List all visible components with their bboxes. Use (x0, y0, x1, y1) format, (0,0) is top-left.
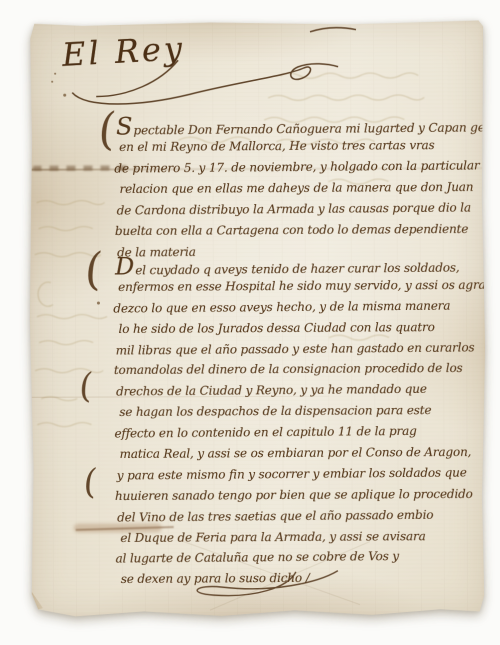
manuscript-line: y para este mismo fin y socorrer y embia… (117, 462, 488, 486)
manuscript-line: de primero 5. y 17. de noviembre, y holg… (114, 155, 500, 179)
manuscript-line: enfermos en esse Hospital he sido muy se… (118, 275, 485, 298)
manuscript-line: en el mi Reyno de Mallorca, He visto tre… (119, 135, 500, 158)
manuscript-line: Del cuydado q aveys tenido de hazer cura… (115, 253, 486, 277)
ink-speck (51, 81, 53, 83)
manuscript-line: tomandolas del dinero de la consignacion… (114, 358, 486, 381)
manuscript-line: effecto en lo contenido en el capitulo 1… (114, 420, 487, 444)
manuscript-line: de Cardona distribuyo la Armada y las ca… (117, 197, 500, 221)
manuscript-line: huuieren sanado tengo por bien que se ap… (115, 484, 487, 507)
pen-dash-mark (310, 28, 356, 32)
heading-el-rey: El Rey (61, 29, 186, 74)
ink-speck (54, 73, 56, 75)
manuscript-page-wrap: El Rey ( ( ( ( Spectable Don Fernando Ca… (28, 19, 486, 618)
manuscript-page: El Rey ( ( ( ( Spectable Don Fernando Ca… (28, 19, 486, 618)
ink-speck (97, 302, 100, 305)
manuscript-line: Spectable Don Fernando Cañoguera mi luga… (116, 113, 500, 137)
photo-backdrop: El Rey ( ( ( ( Spectable Don Fernando Ca… (0, 0, 500, 645)
manuscript-line: dezco lo que en esso aveys hecho, y de l… (113, 295, 486, 319)
paragraph-2: Del cuydado q aveys tenido de hazer cura… (115, 253, 488, 590)
manuscript-line: se hagan los despachos de la dispensacio… (119, 400, 486, 423)
paragraph-1: Spectable Don Fernando Cañoguera mi luga… (116, 113, 500, 263)
manuscript-line: se dexen ay para lo suso dicho / (121, 567, 488, 590)
ink-speck (63, 94, 66, 97)
manuscript-line: relacion que en ellas me daheys de la ma… (119, 177, 500, 200)
manuscript-line: matica Real, y assi se os embiaran por e… (120, 442, 487, 465)
manuscript-line: buelta con ella a Cartagena con todo lo … (115, 219, 500, 242)
manuscript-line: el Duque de Feria para la Armada, y assi… (120, 525, 487, 548)
manuscript-line: del Vino de las tres saetias que el año … (117, 504, 488, 528)
manuscript-line: lo he sido de los Jurados dessa Ciudad c… (118, 316, 485, 339)
